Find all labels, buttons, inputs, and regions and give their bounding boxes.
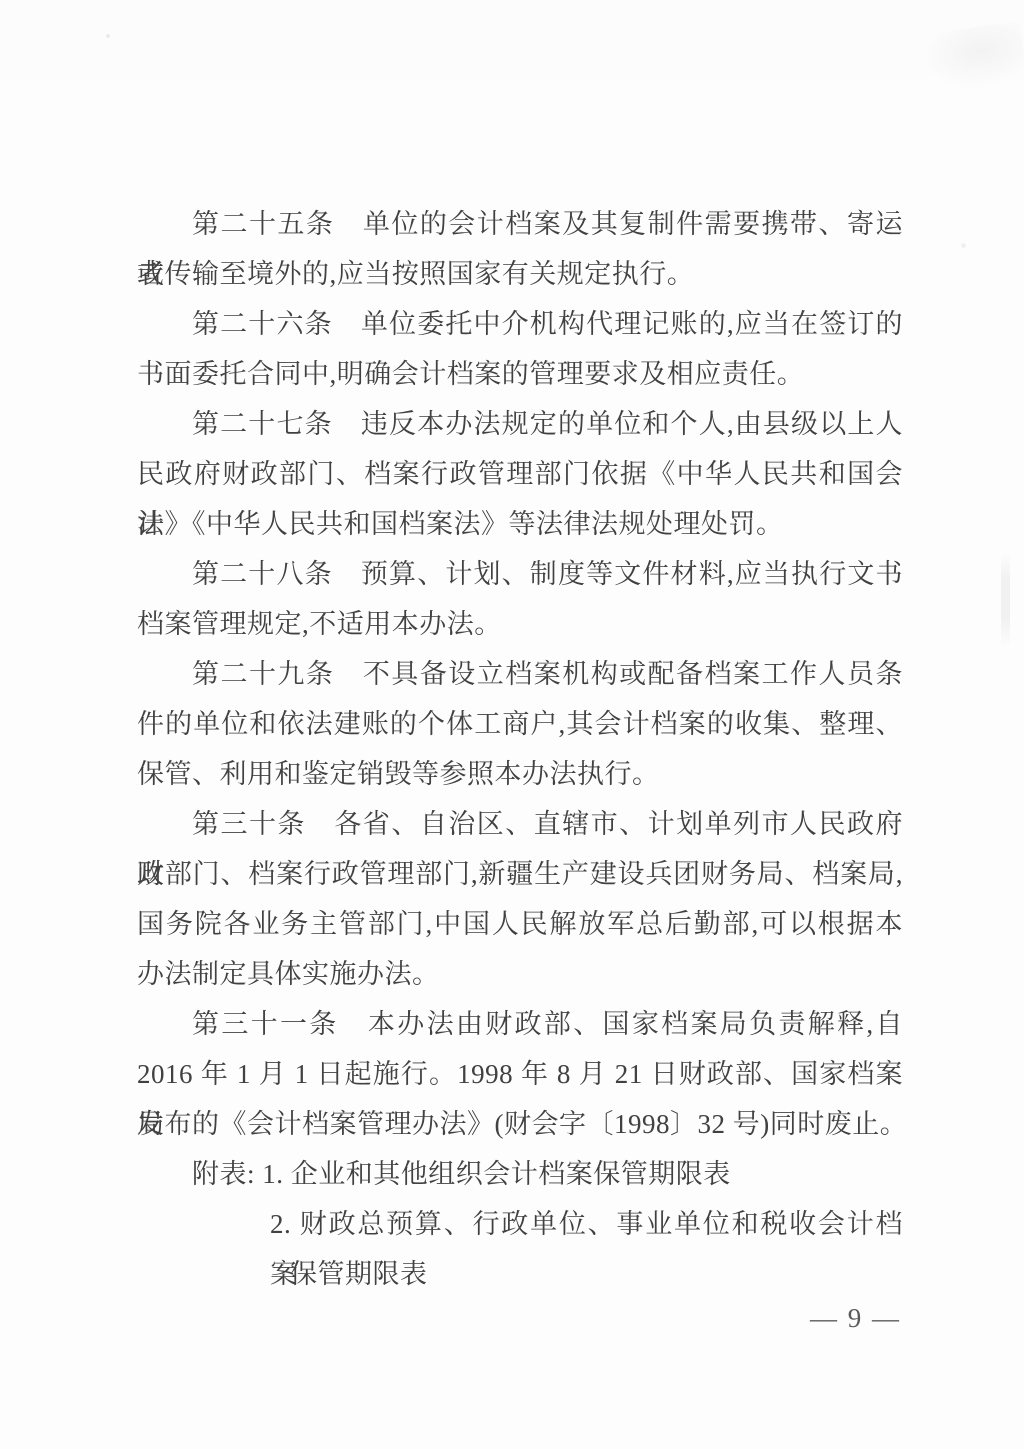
appendix-line-1: 附表: 1. 企业和其他组织会计档案保管期限表 [137,1149,903,1199]
article-29-line-3: 保管、利用和鉴定销毁等参照本办法执行。 [137,749,903,799]
scan-speck [961,243,966,248]
article-25-line-1: 第二十五条 单位的会计档案及其复制件需要携带、寄运或 [137,199,903,249]
scan-smudge [916,21,1024,95]
article-27-line-2: 民政府财政部门、档案行政管理部门依据《中华人民共和国会计 [137,449,903,499]
article-27-line-1: 第二十七条 违反本办法规定的单位和个人,由县级以上人 [137,399,903,449]
article-29-line-2: 件的单位和依法建账的个体工商户,其会计档案的收集、整理、 [137,699,903,749]
article-28-line-2: 档案管理规定,不适用本办法。 [137,599,903,649]
article-31-line-3: 发布的《会计档案管理办法》(财会字〔1998〕32 号)同时废止。 [137,1099,903,1149]
article-30-line-2: 政部门、档案行政管理部门,新疆生产建设兵团财务局、档案局, [137,849,903,899]
article-31-line-2: 2016 年 1 月 1 日起施行。1998 年 8 月 21 日财政部、国家档… [137,1049,903,1099]
page-number: — 9 — [810,1303,901,1334]
scanned-document-page: 第二十五条 单位的会计档案及其复制件需要携带、寄运或 者传输至境外的,应当按照国… [0,0,1024,1449]
article-30-line-1: 第三十条 各省、自治区、直辖市、计划单列市人民政府财 [137,799,903,849]
article-30-line-3: 国务院各业务主管部门,中国人民解放军总后勤部,可以根据本 [137,899,903,949]
document-body: 第二十五条 单位的会计档案及其复制件需要携带、寄运或 者传输至境外的,应当按照国… [137,199,903,1299]
article-29-line-1: 第二十九条 不具备设立档案机构或配备档案工作人员条 [137,649,903,699]
appendix-line-2: 2. 财政总预算、行政单位、事业单位和税收会计档案 [270,1199,903,1249]
article-31-line-1: 第三十一条 本办法由财政部、国家档案局负责解释,自 [137,999,903,1049]
article-30-line-4: 办法制定具体实施办法。 [137,949,903,999]
article-26-line-1: 第二十六条 单位委托中介机构代理记账的,应当在签订的 [137,299,903,349]
article-27-line-3: 法》《中华人民共和国档案法》等法律法规处理处罚。 [137,499,903,549]
article-26-line-2: 书面委托合同中,明确会计档案的管理要求及相应责任。 [137,349,903,399]
appendix-line-3: 保管期限表 [290,1249,903,1299]
scan-streak [1001,552,1010,647]
scan-speck [106,34,110,38]
article-28-line-1: 第二十八条 预算、计划、制度等文件材料,应当执行文书 [137,549,903,599]
article-25-line-2: 者传输至境外的,应当按照国家有关规定执行。 [137,249,903,299]
